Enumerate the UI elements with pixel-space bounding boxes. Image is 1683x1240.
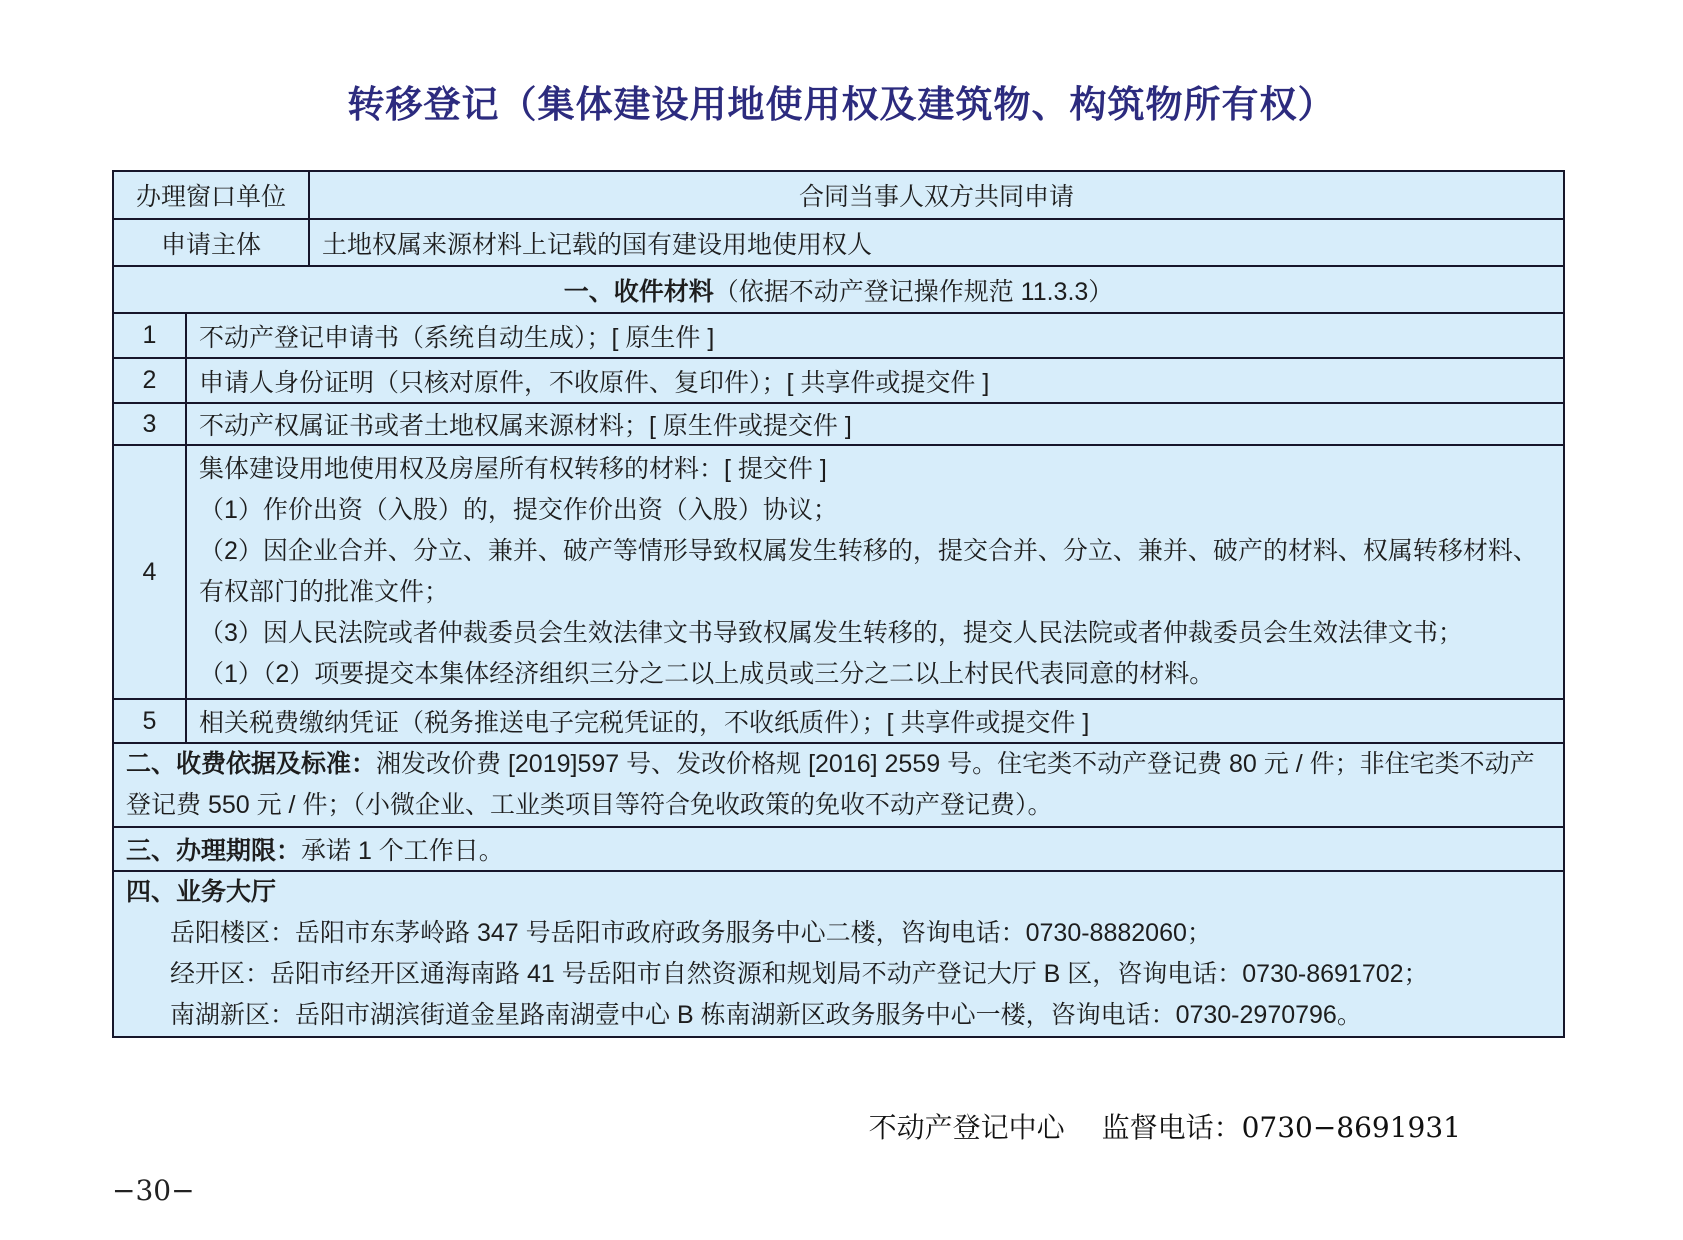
section4-halls-row: 四、业务大厅 岳阳楼区：岳阳市东茅岭路 347 号岳阳市政府政务服务中心二楼，咨… bbox=[114, 872, 1563, 1036]
material-line: （2）因企业合并、分立、兼并、破产等情形导致权属发生转移的，提交合并、分立、兼并… bbox=[199, 531, 1551, 613]
material-line: （1）作价出资（入股）的，提交作价出资（入股）协议； bbox=[199, 490, 1551, 531]
table-row-window-unit: 办理窗口单位 合同当事人双方共同申请 bbox=[114, 172, 1563, 220]
material-text: 相关税费缴纳凭证（税务推送电子完税凭证的，不收纸质件）；[ 共享件或提交件 ] bbox=[187, 700, 1563, 742]
section1-heading-bold: 一、收件材料 bbox=[564, 272, 714, 308]
material-line: （1）（2）项要提交本集体经济组织三分之二以上成员或三分之二以上村民代表同意的材… bbox=[199, 654, 1551, 695]
material-text: 不动产权属证书或者土地权属来源材料；[ 原生件或提交件 ] bbox=[187, 404, 1563, 444]
material-number: 4 bbox=[114, 446, 187, 698]
page-number: −30− bbox=[112, 1174, 195, 1207]
row-value: 合同当事人双方共同申请 bbox=[310, 172, 1563, 218]
section1-heading-row: 一、收件材料（依据不动产登记操作规范 11.3.3） bbox=[114, 267, 1563, 314]
section2-text: 二、收费依据及标准：湘发改价费 [2019]597 号、发改价格规 [2016]… bbox=[114, 744, 1563, 826]
section4-content: 四、业务大厅 岳阳楼区：岳阳市东茅岭路 347 号岳阳市政府政务服务中心二楼，咨… bbox=[114, 872, 1563, 1036]
hall-line-nanhu: 南湖新区：岳阳市湖滨街道金星路南湖壹中心 B 栋南湖新区政务服务中心一楼，咨询电… bbox=[126, 995, 1551, 1036]
material-number: 3 bbox=[114, 404, 187, 444]
row-label: 办理窗口单位 bbox=[114, 172, 310, 218]
section3-text: 三、办理期限：承诺 1 个工作日。 bbox=[114, 828, 1563, 870]
section1-heading: 一、收件材料（依据不动产登记操作规范 11.3.3） bbox=[114, 267, 1563, 312]
material-number: 2 bbox=[114, 359, 187, 402]
row-label: 申请主体 bbox=[114, 220, 310, 265]
section3-heading: 三、办理期限： bbox=[126, 831, 301, 867]
section1-heading-note: （依据不动产登记操作规范 11.3.3） bbox=[714, 272, 1114, 308]
material-row-4: 4 集体建设用地使用权及房屋所有权转移的材料：[ 提交件 ] （1）作价出资（入… bbox=[114, 446, 1563, 700]
material-line: （3）因人民法院或者仲裁委员会生效法律文书导致权属发生转移的，提交人民法院或者仲… bbox=[199, 613, 1551, 654]
table-row-applicant: 申请主体 土地权属来源材料上记载的国有建设用地使用权人 bbox=[114, 220, 1563, 267]
material-text-multiline: 集体建设用地使用权及房屋所有权转移的材料：[ 提交件 ] （1）作价出资（入股）… bbox=[187, 446, 1563, 698]
section3-body: 承诺 1 个工作日。 bbox=[301, 831, 504, 867]
section4-heading: 四、业务大厅 bbox=[126, 872, 1551, 913]
material-line: 集体建设用地使用权及房屋所有权转移的材料：[ 提交件 ] bbox=[199, 449, 1551, 490]
material-number: 5 bbox=[114, 700, 187, 742]
material-row-2: 2 申请人身份证明（只核对原件，不收原件、复印件）；[ 共享件或提交件 ] bbox=[114, 359, 1563, 404]
service-guide-table: 办理窗口单位 合同当事人双方共同申请 申请主体 土地权属来源材料上记载的国有建设… bbox=[112, 170, 1565, 1038]
page-title: 转移登记（集体建设用地使用权及建筑物、构筑物所有权） bbox=[0, 74, 1683, 128]
section2-fees-row: 二、收费依据及标准：湘发改价费 [2019]597 号、发改价格规 [2016]… bbox=[114, 744, 1563, 828]
material-row-1: 1 不动产登记申请书（系统自动生成）；[ 原生件 ] bbox=[114, 314, 1563, 359]
material-text: 申请人身份证明（只核对原件，不收原件、复印件）；[ 共享件或提交件 ] bbox=[187, 359, 1563, 402]
section2-heading: 二、收费依据及标准： bbox=[126, 750, 376, 778]
row-value: 土地权属来源材料上记载的国有建设用地使用权人 bbox=[310, 220, 1563, 265]
section3-timelimit-row: 三、办理期限：承诺 1 个工作日。 bbox=[114, 828, 1563, 872]
material-number: 1 bbox=[114, 314, 187, 357]
material-row-5: 5 相关税费缴纳凭证（税务推送电子完税凭证的，不收纸质件）；[ 共享件或提交件 … bbox=[114, 700, 1563, 744]
document-page: 转移登记（集体建设用地使用权及建筑物、构筑物所有权） 办理窗口单位 合同当事人双… bbox=[0, 0, 1683, 1240]
hall-line-yueyanglou: 岳阳楼区：岳阳市东茅岭路 347 号岳阳市政府政务服务中心二楼，咨询电话：073… bbox=[126, 913, 1551, 954]
hall-line-jingkaiqu: 经开区：岳阳市经开区通海南路 41 号岳阳市自然资源和规划局不动产登记大厅 B … bbox=[126, 954, 1551, 995]
material-text: 不动产登记申请书（系统自动生成）；[ 原生件 ] bbox=[187, 314, 1563, 357]
material-row-3: 3 不动产权属证书或者土地权属来源材料；[ 原生件或提交件 ] bbox=[114, 404, 1563, 446]
supervision-phone-footer: 不动产登记中心 监督电话：0730−8691931 bbox=[869, 1106, 1461, 1146]
